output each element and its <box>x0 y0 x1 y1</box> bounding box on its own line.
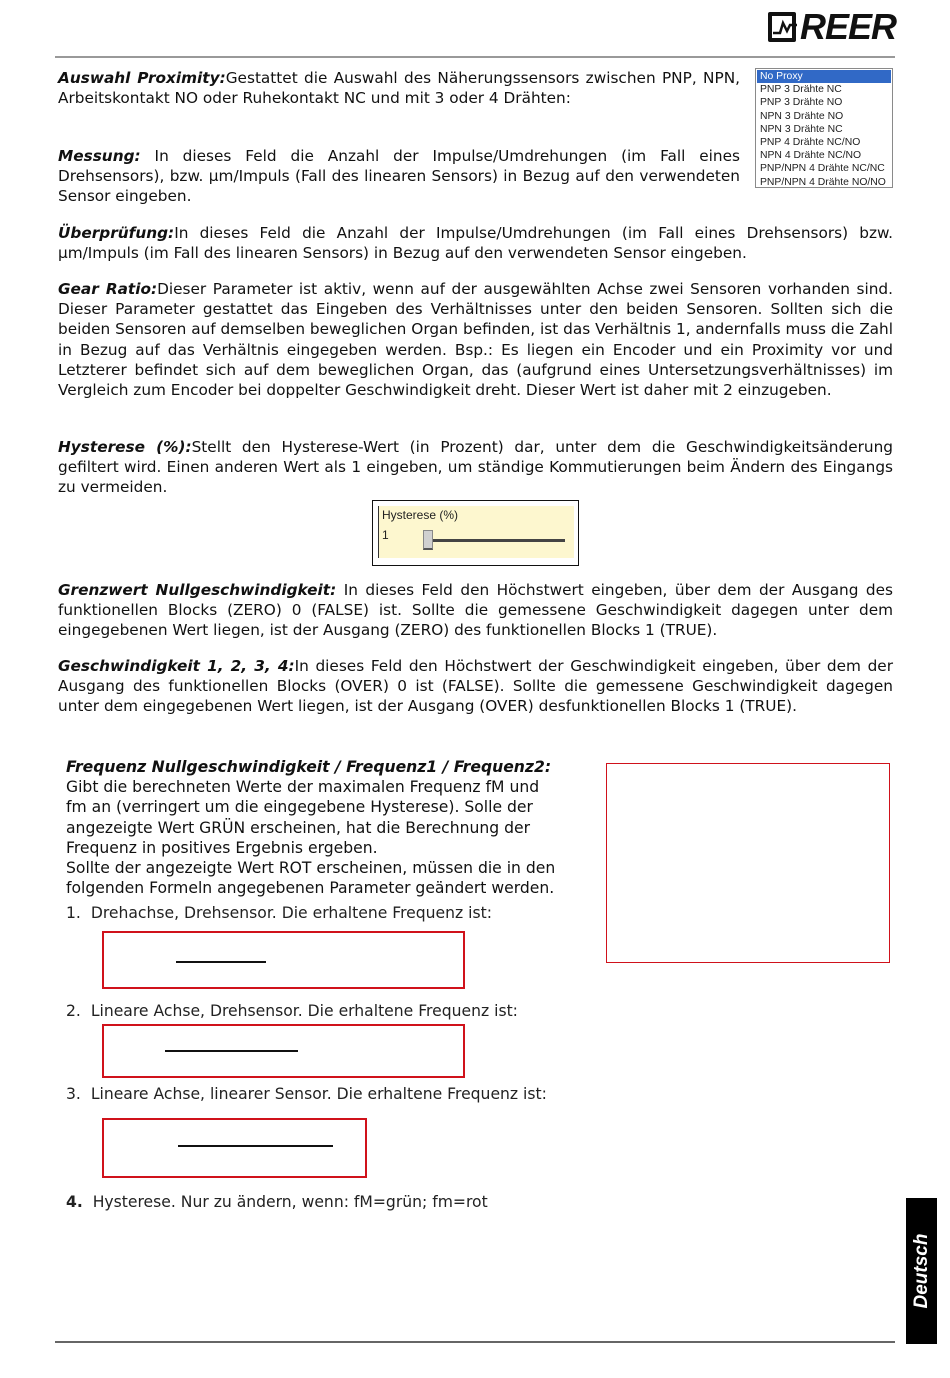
frequenz-line: Sollte der angezeigte Wert ROT erscheine… <box>66 858 591 878</box>
logo-wave-icon <box>768 12 796 42</box>
proximity-option[interactable]: NPN 3 Drähte NC <box>757 123 891 136</box>
frequenz-line: angezeigte Wert GRÜN erscheinen, hat die… <box>66 818 591 838</box>
proximity-option[interactable]: PNP 3 Drähte NO <box>757 96 891 109</box>
hysterese-slider-bg: Hysterese (%) 1 <box>378 506 574 558</box>
proximity-option[interactable]: NPN 4 Drähte NC/NO <box>757 149 891 162</box>
section-title: Messung: <box>58 147 141 165</box>
list-item: 4. Hysterese. Nur zu ändern, wenn: fM=gr… <box>66 1193 488 1211</box>
item-text: Lineare Achse, Drehsensor. Die erhaltene… <box>91 1002 518 1020</box>
proximity-option[interactable]: No Proxy <box>757 70 891 83</box>
item-text: Lineare Achse, linearer Sensor. Die erha… <box>91 1085 547 1103</box>
section-text: Dieser Parameter ist aktiv, wenn auf der… <box>58 280 893 399</box>
section-title: Grenzwert Nullgeschwindigkeit: <box>58 581 336 599</box>
item-text: Drehachse, Drehsensor. Die erhaltene Fre… <box>91 904 492 922</box>
fraction-line <box>176 961 266 963</box>
list-item: 1. Drehachse, Drehsensor. Die erhaltene … <box>66 904 492 922</box>
section-title: Hysterese (%): <box>58 438 192 456</box>
hysterese-slider-thumb[interactable] <box>423 530 433 550</box>
section-geschwindigkeit: Geschwindigkeit 1, 2, 3, 4:In dieses Fel… <box>58 656 893 717</box>
frequenz-line: folgenden Formeln angegebenen Parameter … <box>66 878 591 898</box>
list-item: 2. Lineare Achse, Drehsensor. Die erhalt… <box>66 1002 518 1020</box>
proximity-option[interactable]: NPN 3 Drähte NO <box>757 110 891 123</box>
section-text: In dieses Feld die Anzahl der Impulse/Um… <box>58 147 740 205</box>
item-number: 2. <box>66 1002 81 1020</box>
logo-text: REER <box>800 9 896 45</box>
hysterese-slider-track[interactable] <box>429 539 565 542</box>
item-number: 4. <box>66 1193 83 1211</box>
fraction-line <box>178 1145 333 1147</box>
header-divider <box>55 56 895 58</box>
section-gear-ratio: Gear Ratio:Dieser Parameter ist aktiv, w… <box>58 279 893 400</box>
section-title: Frequenz Nullgeschwindigkeit / Frequenz1… <box>66 757 591 777</box>
reer-logo: REER <box>768 8 896 46</box>
section-title: Gear Ratio: <box>58 280 157 298</box>
hysterese-slider-panel: Hysterese (%) 1 <box>372 500 579 566</box>
proximity-option[interactable]: PNP/NPN 4 Drähte NC/NC <box>757 162 891 175</box>
language-tab: Deutsch <box>906 1198 937 1344</box>
hysterese-slider-label: Hysterese (%) <box>382 508 458 522</box>
section-ueberpruefung: Überprüfung:In dieses Feld die Anzahl de… <box>58 223 893 263</box>
section-title: Geschwindigkeit 1, 2, 3, 4: <box>58 657 295 675</box>
formula-box-2 <box>102 1024 465 1078</box>
item-number: 1. <box>66 904 81 922</box>
section-title: Auswahl Proximity: <box>58 69 226 87</box>
hysterese-slider-value: 1 <box>382 528 389 542</box>
formula-box-1 <box>102 931 465 989</box>
proximity-option[interactable]: PNP 4 Drähte NC/NO <box>757 136 891 149</box>
section-auswahl-proximity: Auswahl Proximity:Gestattet die Auswahl … <box>58 68 740 108</box>
item-text: Hysterese. Nur zu ändern, wenn: fM=grün;… <box>93 1193 488 1211</box>
frequenz-line: Frequenz in positives Ergebnis ergeben. <box>66 838 591 858</box>
section-text: In dieses Feld die Anzahl der Impulse/Um… <box>58 224 893 262</box>
section-hysterese: Hysterese (%):Stellt den Hysterese-Wert … <box>58 437 893 498</box>
list-item: 3. Lineare Achse, linearer Sensor. Die e… <box>66 1085 547 1103</box>
section-grenzwert: Grenzwert Nullgeschwindigkeit: In dieses… <box>58 580 893 641</box>
section-messung: Messung: In dieses Feld die Anzahl der I… <box>58 146 740 207</box>
section-title: Überprüfung: <box>58 224 174 242</box>
proximity-option[interactable]: PNP 3 Drähte NC <box>757 83 891 96</box>
item-number: 3. <box>66 1085 81 1103</box>
fraction-line <box>165 1050 298 1052</box>
language-tab-label: Deutsch <box>911 1234 933 1309</box>
frequenz-image-frame <box>606 763 890 963</box>
frequenz-line: Gibt die berechneten Werte der maximalen… <box>66 777 591 797</box>
section-frequenz: Frequenz Nullgeschwindigkeit / Frequenz1… <box>66 757 591 898</box>
proximity-listbox[interactable]: No ProxyPNP 3 Drähte NCPNP 3 Drähte NONP… <box>755 68 893 188</box>
formula-box-3 <box>102 1118 367 1178</box>
proximity-option[interactable]: PNP/NPN 4 Drähte NO/NO <box>757 176 891 189</box>
frequenz-line: fm an (verringert um die eingegebene Hys… <box>66 797 591 817</box>
footer-divider <box>55 1341 895 1343</box>
